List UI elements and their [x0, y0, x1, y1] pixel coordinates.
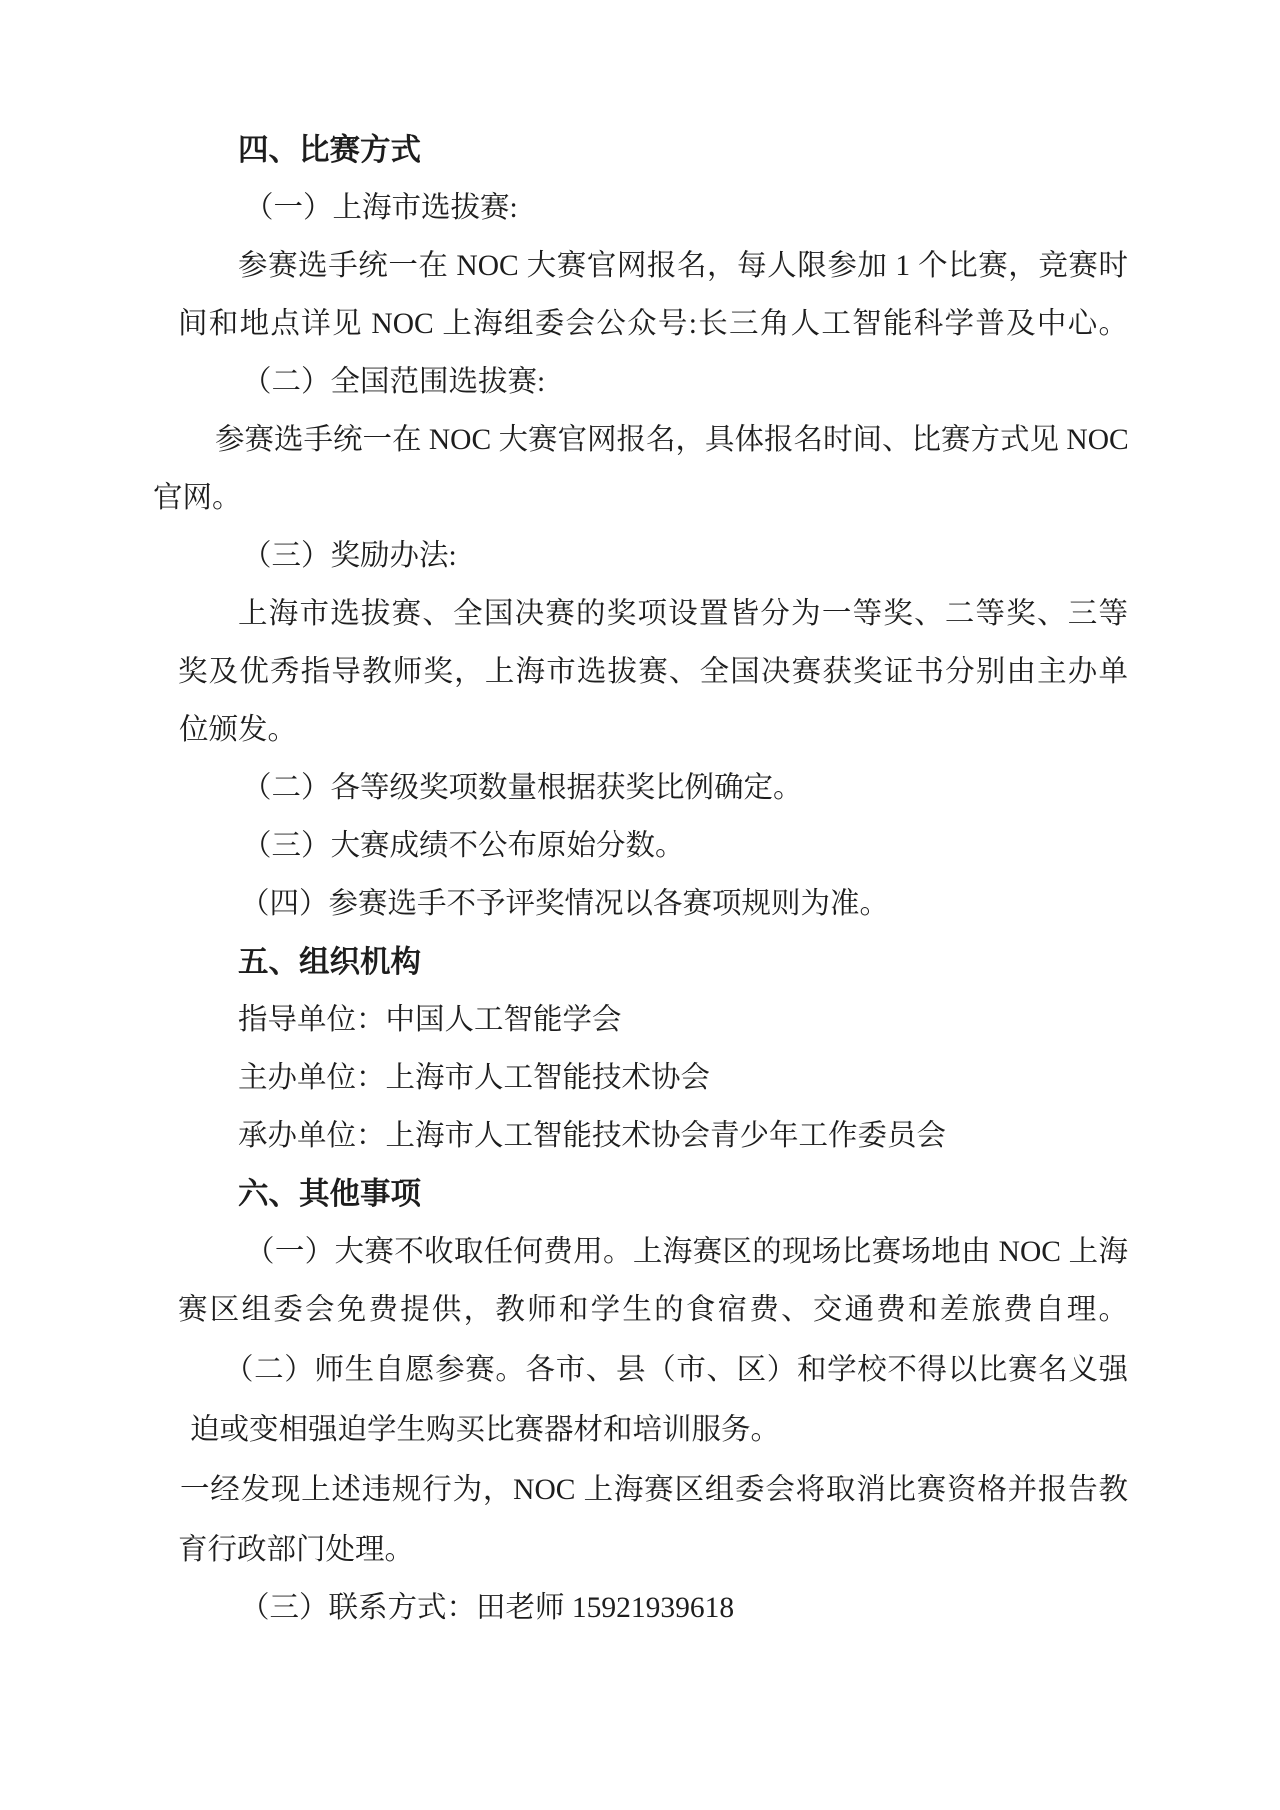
- para-national-selection-line1: 参赛选手统一在 NOC 大赛官网报名，具体报名时间、比赛方式见 NOC: [215, 422, 1128, 458]
- para-national-selection-line2: 官网。: [153, 480, 242, 516]
- para-voluntary-line2: 迫或变相强迫学生购买比赛器材和培训服务。: [190, 1412, 780, 1448]
- heading-section-5-organization: 五、组织机构: [238, 944, 421, 980]
- para-voluntary-line1: （二）师生自愿参赛。各市、县（市、区）和学校不得以比赛名义强: [224, 1352, 1128, 1388]
- para-shanghai-selection-line2: 间和地点详见 NOC 上海组委会公众号:长三角人工智能科学普及中心。: [178, 306, 1128, 342]
- item-national-selection: （二）全国范围选拔赛:: [242, 364, 545, 400]
- document-page: 四、比赛方式 （一）上海市选拔赛: 参赛选手统一在 NOC 大赛官网报名，每人限…: [0, 0, 1280, 1810]
- org-organizer-unit: 承办单位：上海市人工智能技术协会青少年工作委员会: [238, 1118, 946, 1154]
- para-violation-line2: 育行政部门处理。: [178, 1532, 414, 1568]
- item-award-method: （三）奖励办法:: [242, 538, 457, 574]
- item-contact-info: （三）联系方式：田老师 15921939618: [240, 1590, 734, 1626]
- item-no-raw-scores: （三）大赛成绩不公布原始分数。: [242, 828, 685, 864]
- para-awards-line3: 位颁发。: [179, 712, 297, 748]
- para-violation-line1: 一经发现上述违规行为，NOC 上海赛区组委会将取消比赛资格并报告教: [180, 1472, 1128, 1508]
- org-guidance-unit: 指导单位：中国人工智能学会: [238, 1002, 622, 1038]
- item-no-award-rules: （四）参赛选手不予评奖情况以各赛项规则为准。: [240, 886, 889, 922]
- para-shanghai-selection-line1: 参赛选手统一在 NOC 大赛官网报名，每人限参加 1 个比赛，竞赛时: [238, 248, 1128, 284]
- heading-section-6-other-matters: 六、其他事项: [238, 1176, 421, 1212]
- item-shanghai-selection: （一）上海市选拔赛:: [244, 190, 518, 226]
- para-fees-line2: 赛区组委会免费提供，教师和学生的食宿费、交通费和差旅费自理。: [178, 1292, 1128, 1328]
- para-awards-line1: 上海市选拔赛、全国决赛的奖项设置皆分为一等奖、二等奖、三等: [238, 596, 1128, 632]
- item-award-quantity: （二）各等级奖项数量根据获奖比例确定。: [242, 770, 803, 806]
- para-fees-line1: （一）大赛不收取任何费用。上海赛区的现场比赛场地由 NOC 上海: [245, 1234, 1128, 1270]
- para-awards-line2: 奖及优秀指导教师奖，上海市选拔赛、全国决赛获奖证书分别由主办单: [178, 654, 1128, 690]
- org-host-unit: 主办单位：上海市人工智能技术协会: [238, 1060, 710, 1096]
- heading-section-4-competition-format: 四、比赛方式: [238, 132, 421, 168]
